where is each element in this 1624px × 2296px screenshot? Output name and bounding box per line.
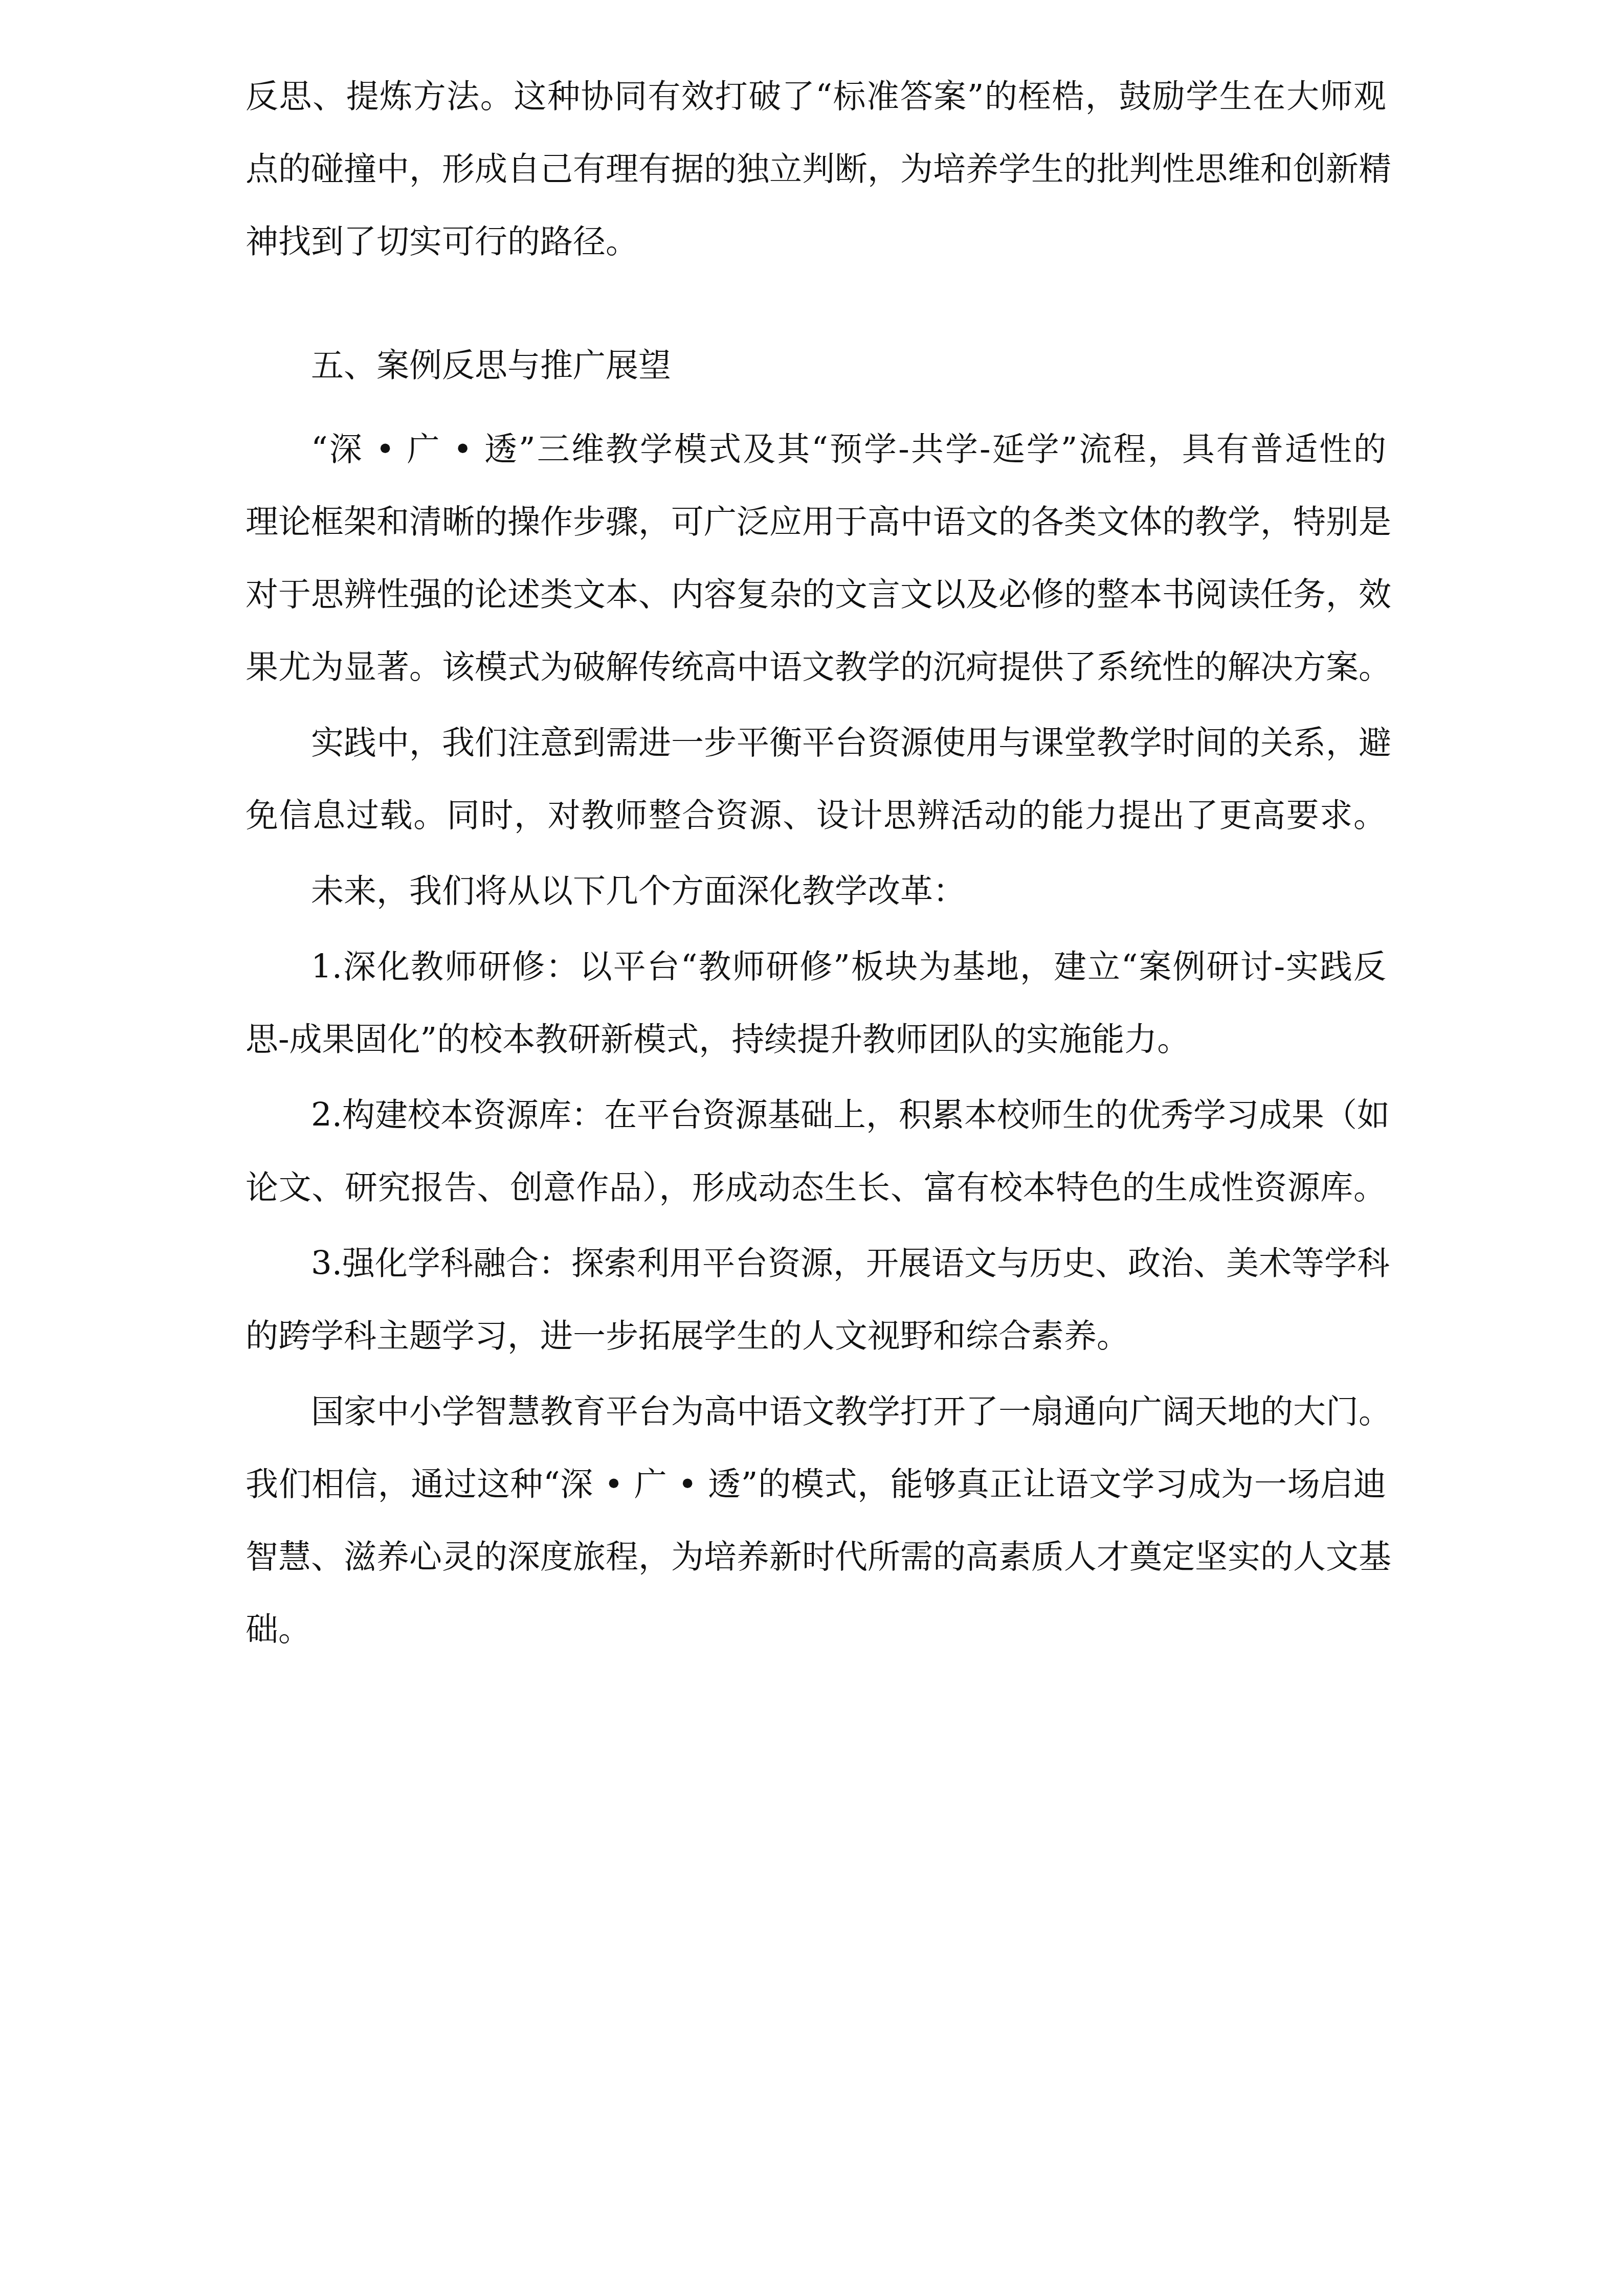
paragraph-practice: 实践中，我们注意到需进一步平衡平台资源使用与课堂教学时间的关系，避 免信息过载。…	[246, 707, 1386, 852]
text-line: 智慧、滋养心灵的深度旅程，为培养新时代所需的高素质人才奠定坚实的人文基	[246, 1521, 1386, 1593]
text-line: 神找到了切实可行的路径。	[246, 206, 1386, 278]
text-line: 础。	[246, 1593, 1386, 1666]
list-item-subject-integration: 3.强化学科融合：探索利用平台资源，开展语文与历史、政治、美术等学科 的跨学科主…	[246, 1227, 1386, 1372]
document-page: 反思、提炼方法。这种协同有效打破了“标准答案”的桎梏，鼓励学生在大师观 点的碰撞…	[246, 60, 1386, 1666]
text-line: 点的碰撞中，形成自己有理有据的独立判断，为培养学生的批判性思维和创新精	[246, 133, 1386, 206]
text-line: 的跨学科主题学习，进一步拓展学生的人文视野和综合素养。	[246, 1300, 1386, 1372]
text-line: 思-成果固化”的校本教研新模式，持续提升教师团队的实施能力。	[246, 1003, 1386, 1076]
text-line: 我们相信，通过这种“深 • 广 • 透”的模式，能够真正让语文学习成为一场启迪	[246, 1448, 1386, 1521]
continuation-paragraph: 反思、提炼方法。这种协同有效打破了“标准答案”的桎梏，鼓励学生在大师观 点的碰撞…	[246, 60, 1386, 278]
text-line: 国家中小学智慧教育平台为高中语文教学打开了一扇通向广阔天地的大门。	[246, 1376, 1386, 1448]
text-line: 论文、研究报告、创意作品），形成动态生长、富有校本特色的生成性资源库。	[246, 1152, 1386, 1224]
text-line: 3.强化学科融合：探索利用平台资源，开展语文与历史、政治、美术等学科	[246, 1227, 1386, 1300]
paragraph-framework: “深 • 广 • 透”三维教学模式及其“预学-共学-延学”流程，具有普适性的 理…	[246, 413, 1386, 704]
text-line: 实践中，我们注意到需进一步平衡平台资源使用与课堂教学时间的关系，避	[246, 707, 1386, 779]
text-line: 免信息过载。同时，对教师整合资源、设计思辨活动的能力提出了更高要求。	[246, 779, 1386, 852]
text-line: 2.构建校本资源库：在平台资源基础上，积累本校师生的优秀学习成果（如	[246, 1079, 1386, 1152]
text-line: 果尤为显著。该模式为破解传统高中语文教学的沉疴提供了系统性的解决方案。	[246, 631, 1386, 704]
text-line: 未来，我们将从以下几个方面深化教学改革：	[246, 855, 1386, 928]
text-line: “深 • 广 • 透”三维教学模式及其“预学-共学-延学”流程，具有普适性的	[246, 413, 1386, 486]
section-heading: 五、案例反思与推广展望	[246, 329, 1386, 402]
text-line: 反思、提炼方法。这种协同有效打破了“标准答案”的桎梏，鼓励学生在大师观	[246, 60, 1386, 133]
text-line: 理论框架和清晰的操作步骤，可广泛应用于高中语文的各类文体的教学，特别是	[246, 486, 1386, 558]
paragraph-conclusion: 国家中小学智慧教育平台为高中语文教学打开了一扇通向广阔天地的大门。 我们相信，通…	[246, 1376, 1386, 1666]
text-line: 1.深化教师研修：以平台“教师研修”板块为基地，建立“案例研讨-实践反	[246, 931, 1386, 1003]
list-item-resource-library: 2.构建校本资源库：在平台资源基础上，积累本校师生的优秀学习成果（如 论文、研究…	[246, 1079, 1386, 1224]
list-item-teacher-training: 1.深化教师研修：以平台“教师研修”板块为基地，建立“案例研讨-实践反 思-成果…	[246, 931, 1386, 1076]
text-line: 对于思辨性强的论述类文本、内容复杂的文言文以及必修的整本书阅读任务，效	[246, 558, 1386, 631]
paragraph-future: 未来，我们将从以下几个方面深化教学改革：	[246, 855, 1386, 928]
